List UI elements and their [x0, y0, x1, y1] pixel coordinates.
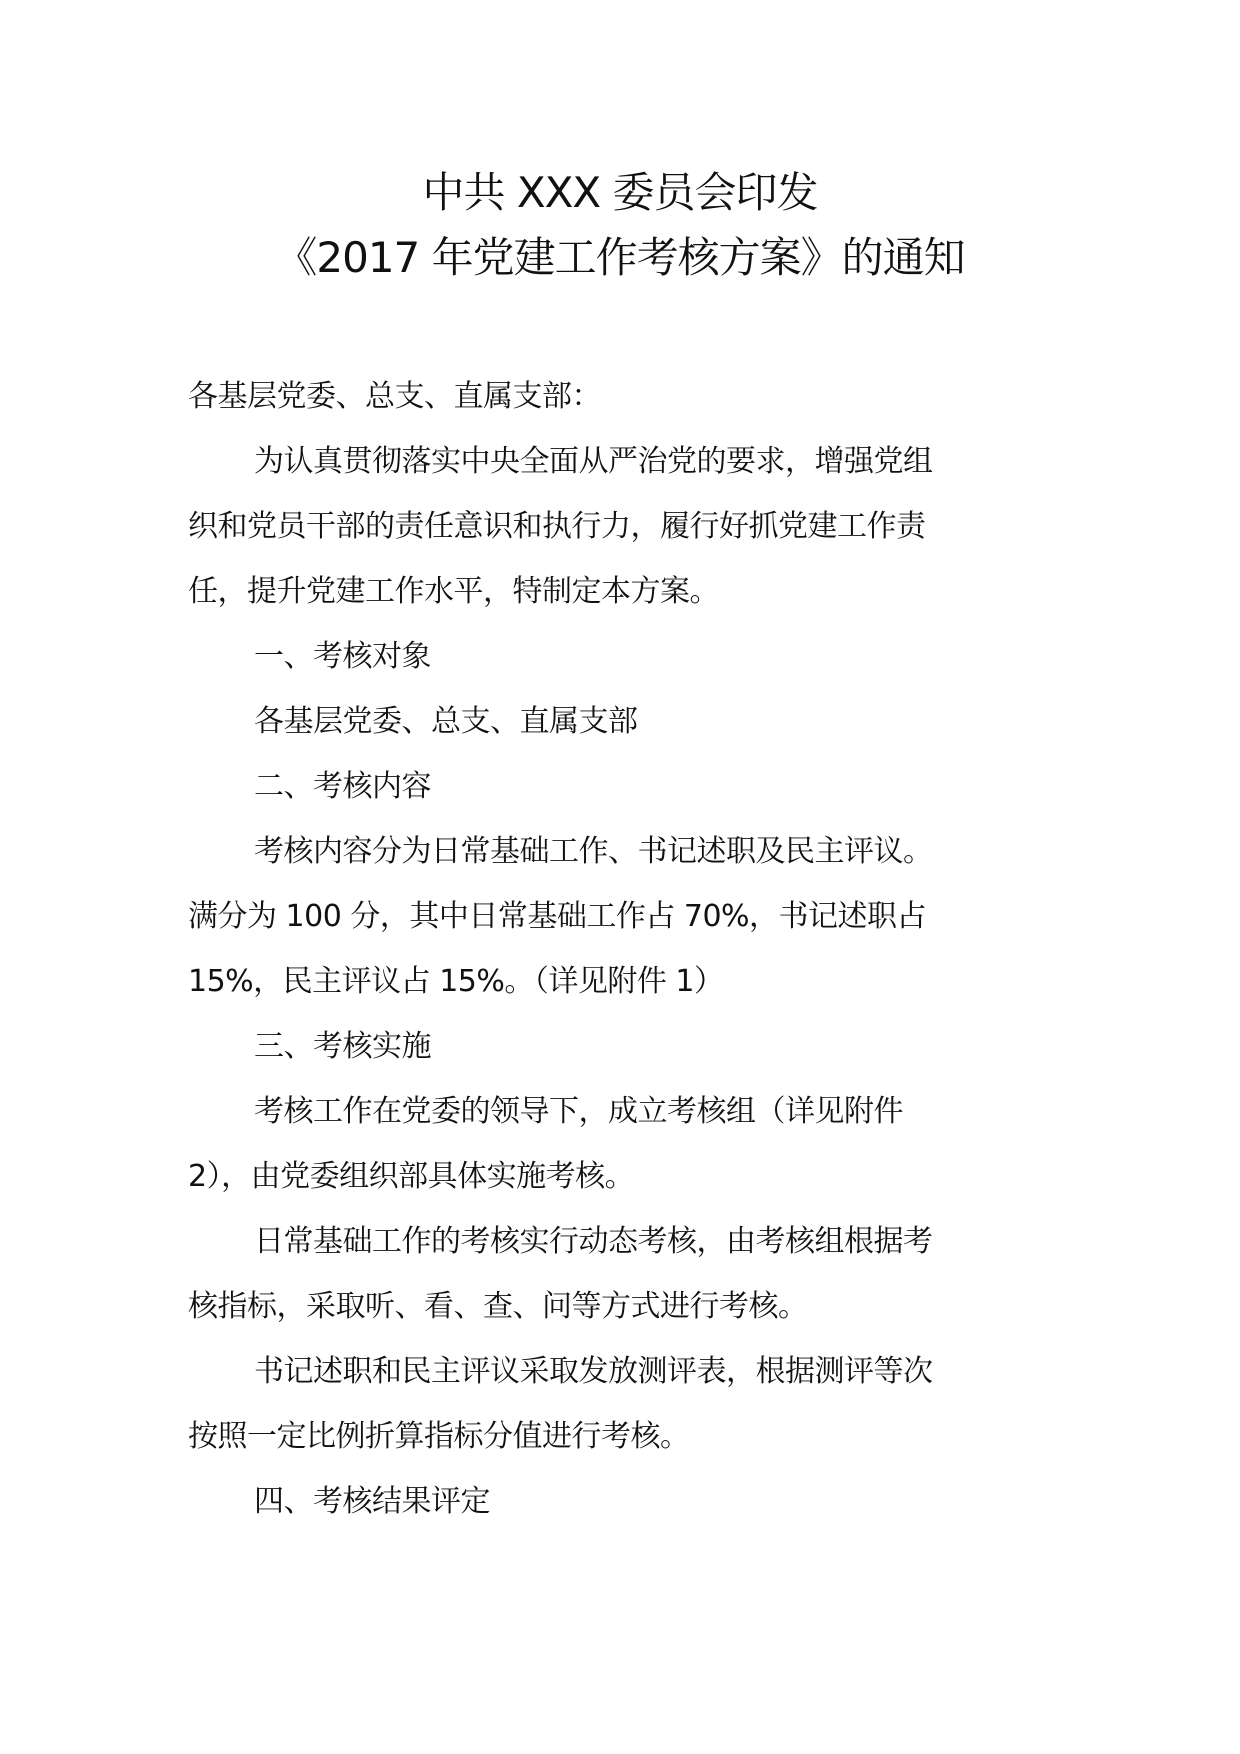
body-line: 2），由党委组织部具体实施考核。 [188, 1144, 1068, 1209]
section-heading-2: 二、考核内容 [188, 754, 1068, 819]
salutation: 各基层党委、总支、直属支部： [188, 364, 1068, 429]
document-body: 各基层党委、总支、直属支部： 为认真贯彻落实中央全面从严治党的要求，增强党组 织… [188, 364, 1068, 1534]
body-line: 15%，民主评议占 15%。（详见附件 1） [188, 949, 1068, 1014]
body-line: 满分为 100 分，其中日常基础工作占 70%，书记述职占 [188, 884, 1068, 949]
body-line: 为认真贯彻落实中央全面从严治党的要求，增强党组 [188, 429, 1068, 494]
body-line: 按照一定比例折算指标分值进行考核。 [188, 1404, 1068, 1469]
section-heading-4: 四、考核结果评定 [188, 1469, 1068, 1534]
body-line: 核指标，采取听、看、查、问等方式进行考核。 [188, 1274, 1068, 1339]
body-line: 考核工作在党委的领导下，成立考核组（详见附件 [188, 1079, 1068, 1144]
title-line-1: 中共 XXX 委员会印发 [0, 160, 1240, 225]
document-page: 中共 XXX 委员会印发 《2017 年党建工作考核方案》的通知 各基层党委、总… [0, 0, 1240, 1754]
document-title: 中共 XXX 委员会印发 《2017 年党建工作考核方案》的通知 [0, 160, 1240, 290]
body-line: 各基层党委、总支、直属支部 [188, 689, 1068, 754]
title-line-2: 《2017 年党建工作考核方案》的通知 [0, 225, 1240, 290]
body-line: 织和党员干部的责任意识和执行力，履行好抓党建工作责 [188, 494, 1068, 559]
body-line: 任，提升党建工作水平，特制定本方案。 [188, 559, 1068, 624]
body-line: 考核内容分为日常基础工作、书记述职及民主评议。 [188, 819, 1068, 884]
body-line: 书记述职和民主评议采取发放测评表，根据测评等次 [188, 1339, 1068, 1404]
section-heading-3: 三、考核实施 [188, 1014, 1068, 1079]
body-line: 日常基础工作的考核实行动态考核，由考核组根据考 [188, 1209, 1068, 1274]
section-heading-1: 一、考核对象 [188, 624, 1068, 689]
